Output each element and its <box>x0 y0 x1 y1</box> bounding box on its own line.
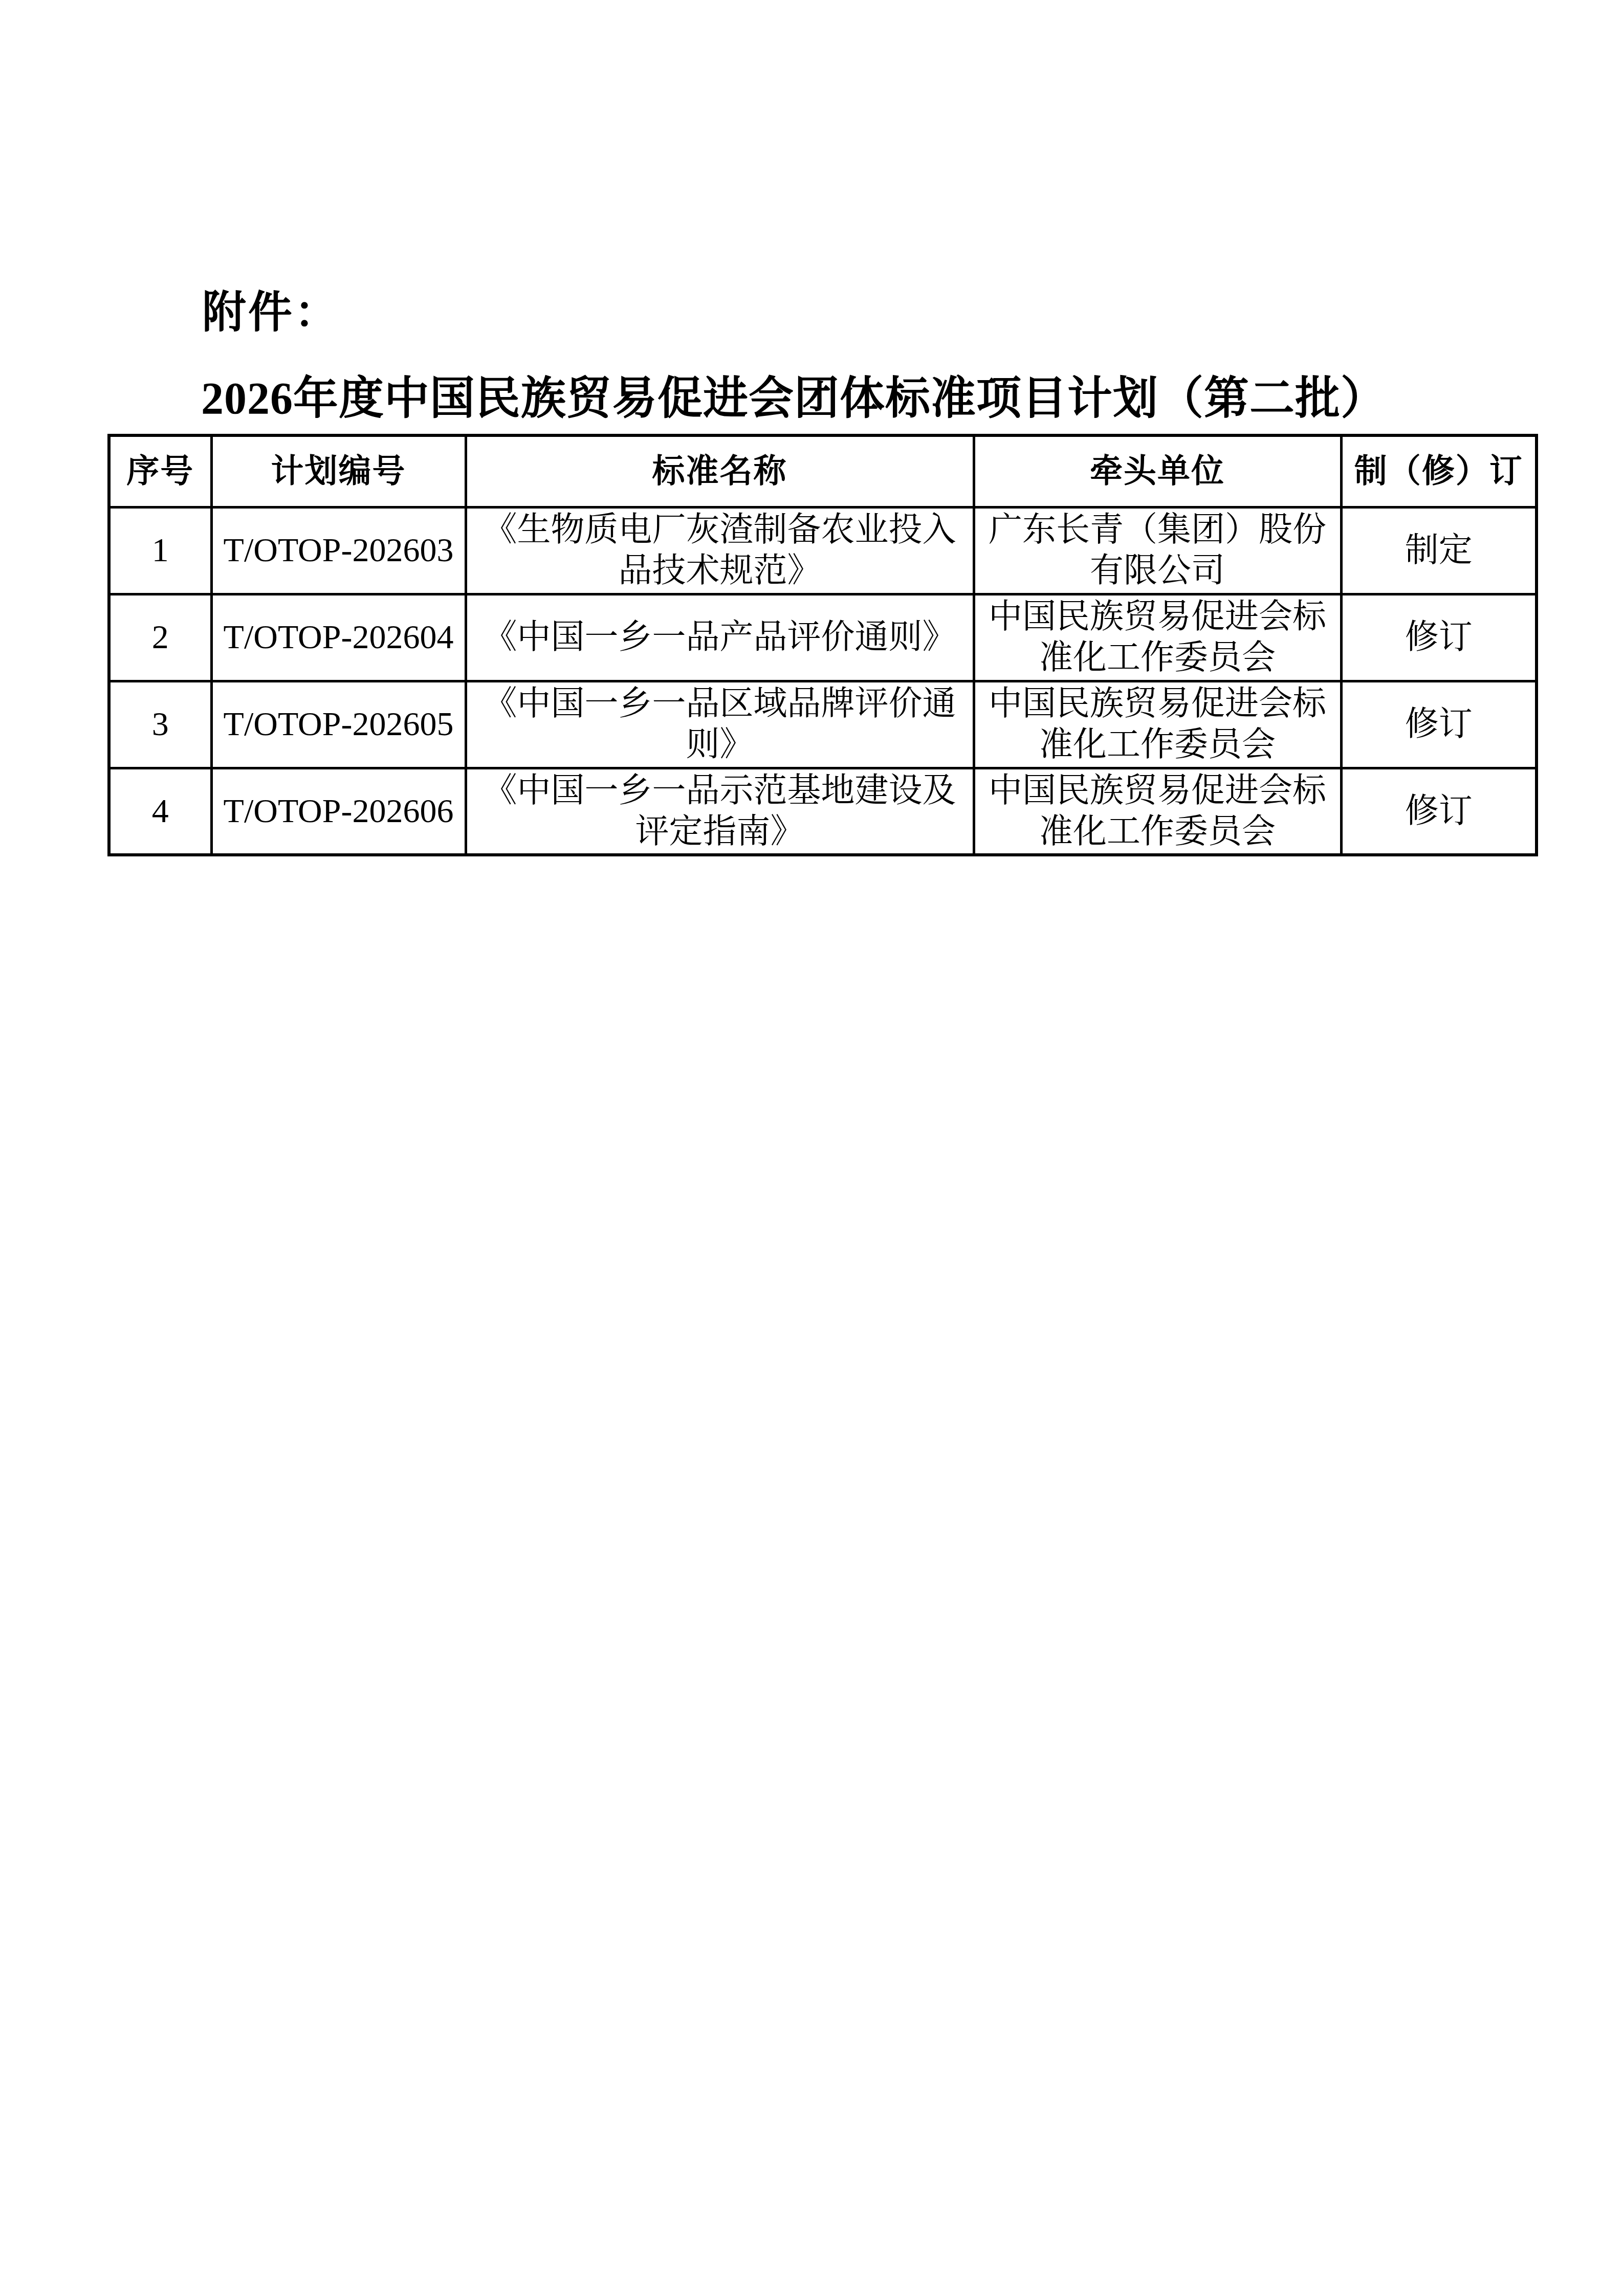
cell-revision-type: 修订 <box>1341 594 1537 681</box>
cell-plan-number: T/OTOP-202605 <box>211 681 466 768</box>
cell-serial-number: 1 <box>109 507 211 594</box>
standards-plan-table: 序号 计划编号 标准名称 牵头单位 制（修）订 1 T/OTOP-202603 … <box>107 434 1538 856</box>
cell-lead-unit: 广东长青（集团）股份有限公司 <box>974 507 1341 594</box>
cell-plan-number: T/OTOP-202606 <box>211 768 466 855</box>
table-header-row: 序号 计划编号 标准名称 牵头单位 制（修）订 <box>109 435 1537 507</box>
cell-revision-type: 制定 <box>1341 507 1537 594</box>
document-page: 附件： 2026年度中国民族贸易促进会团体标准项目计划（第二批） 序号 计划编号… <box>0 0 1623 2296</box>
cell-lead-unit: 中国民族贸易促进会标准化工作委员会 <box>974 681 1341 768</box>
header-standard-name: 标准名称 <box>466 435 974 507</box>
cell-lead-unit: 中国民族贸易促进会标准化工作委员会 <box>974 594 1341 681</box>
header-serial-number: 序号 <box>109 435 211 507</box>
page-title: 2026年度中国民族贸易促进会团体标准项目计划（第二批） <box>201 377 1386 422</box>
table-row: 1 T/OTOP-202603 《生物质电厂灰渣制备农业投入品技术规范》 广东长… <box>109 507 1537 594</box>
cell-standard-name: 《中国一乡一品示范基地建设及评定指南》 <box>466 768 974 855</box>
cell-revision-type: 修订 <box>1341 768 1537 855</box>
cell-standard-name: 《中国一乡一品产品评价通则》 <box>466 594 974 681</box>
cell-plan-number: T/OTOP-202604 <box>211 594 466 681</box>
cell-plan-number: T/OTOP-202603 <box>211 507 466 594</box>
table-row: 4 T/OTOP-202606 《中国一乡一品示范基地建设及评定指南》 中国民族… <box>109 768 1537 855</box>
cell-serial-number: 2 <box>109 594 211 681</box>
cell-serial-number: 4 <box>109 768 211 855</box>
cell-standard-name: 《中国一乡一品区域品牌评价通则》 <box>466 681 974 768</box>
header-plan-number: 计划编号 <box>211 435 466 507</box>
cell-standard-name: 《生物质电厂灰渣制备农业投入品技术规范》 <box>466 507 974 594</box>
cell-revision-type: 修订 <box>1341 681 1537 768</box>
table-row: 3 T/OTOP-202605 《中国一乡一品区域品牌评价通则》 中国民族贸易促… <box>109 681 1537 768</box>
table-row: 2 T/OTOP-202604 《中国一乡一品产品评价通则》 中国民族贸易促进会… <box>109 594 1537 681</box>
header-lead-unit: 牵头单位 <box>974 435 1341 507</box>
cell-lead-unit: 中国民族贸易促进会标准化工作委员会 <box>974 768 1341 855</box>
cell-serial-number: 3 <box>109 681 211 768</box>
attachment-label: 附件： <box>202 290 340 336</box>
header-revision-type: 制（修）订 <box>1341 435 1537 507</box>
